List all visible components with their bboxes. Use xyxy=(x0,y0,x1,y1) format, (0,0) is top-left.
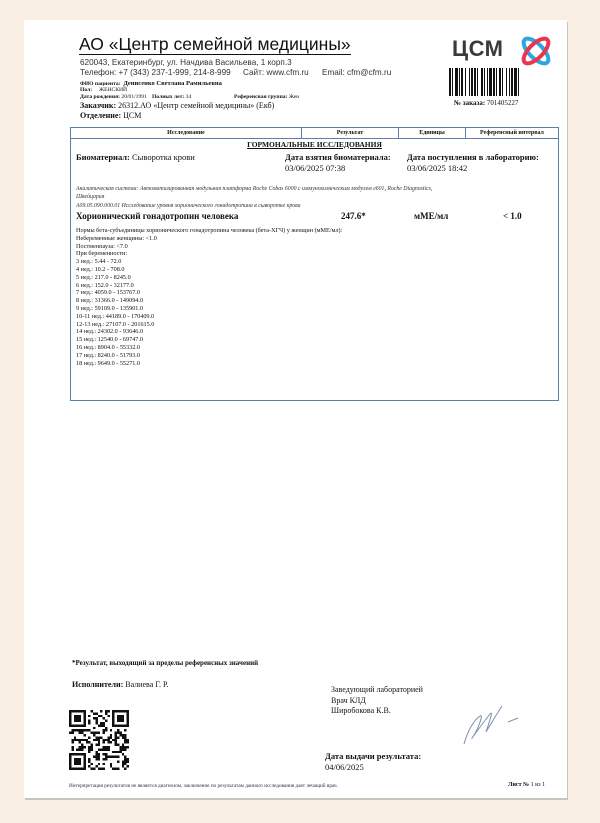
norm-line: 4 нед.: 10.2 - 708.0 xyxy=(76,266,342,274)
performer-line: Исполнители: Валиева Г. Р. xyxy=(72,680,168,689)
norm-line: 17 нед.: 8240.0 - 51793.0 xyxy=(76,352,342,360)
customer-label: Заказчик: xyxy=(80,101,116,110)
norm-line: 6 нед.: 152.0 - 32177.0 xyxy=(76,282,342,290)
result-reference: < 1.0 xyxy=(503,211,522,221)
received-label: Дата поступления в лабораторию: xyxy=(407,152,539,162)
analytic-system-line2: Швейцария xyxy=(76,194,104,200)
norm-line: 9 нед.: 59109.0 - 135901.0 xyxy=(76,305,342,313)
issue-date-label: Дата выдачи результата: xyxy=(325,751,421,761)
organization-email: Email: cfm@cfm.ru xyxy=(322,68,391,77)
patient-dob: 20/01/1991 xyxy=(121,94,146,100)
norm-line: 10-11 нед.: 44189.0 - 170409.0 xyxy=(76,313,342,321)
performer-name: Валиева Г. Р. xyxy=(125,680,168,689)
result-units: мМЕ/мл xyxy=(414,211,448,221)
patient-ref-group-line: Референсная группа: Жен xyxy=(234,94,299,100)
logo-text: ЦСМ xyxy=(452,36,504,62)
norm-line: 3 нед.: 5.44 - 72.0 xyxy=(76,258,342,266)
patient-sex-line: Пол: ЖЕНСКИЙ xyxy=(80,87,127,93)
department-label: Отделение: xyxy=(80,111,121,120)
column-header-result: Результат xyxy=(302,128,399,138)
norm-line: 16 нед.: 8904.0 - 55332.0 xyxy=(76,344,342,352)
column-header-reference: Референсный интервал xyxy=(466,128,558,138)
customer-value: 26312.АО «Центр семейной медицины» (Екб) xyxy=(118,101,274,110)
logo-emblem-icon xyxy=(518,34,554,68)
lab-head-position: Врач КЛД xyxy=(331,696,423,707)
received-value: 03/06/2025 18:42 xyxy=(407,163,467,173)
lab-head-title: Заведующий лабораторией xyxy=(331,685,423,696)
results-table: Исследование Результат Единицы Референсн… xyxy=(70,127,559,401)
column-header-test: Исследование xyxy=(71,128,302,138)
norm-line: 5 нед.: 217.0 - 8245.0 xyxy=(76,274,342,282)
patient-age: 34 xyxy=(186,94,192,100)
patient-sex: ЖЕНСКИЙ xyxy=(99,87,127,93)
norm-line: Постменпауза: <7.0 xyxy=(76,243,342,251)
collected-label: Дата взятия биоматериала: xyxy=(285,152,391,162)
biomaterial-label: Биоматериал: xyxy=(76,152,130,162)
norm-line: 8 нед.: 31366.0 - 149094.0 xyxy=(76,297,342,305)
lab-report-page: АО «Центр семейной медицины» 620043, Ека… xyxy=(24,20,567,798)
order-label: № заказа: xyxy=(454,99,485,107)
norm-line: Небеременные женщины: <1.0 xyxy=(76,235,342,243)
analytic-system-line1: Аналитическая система: Автоматизированна… xyxy=(76,186,432,192)
customer-line: Заказчик: 26312.АО «Центр семейной медиц… xyxy=(80,101,274,110)
signature-image xyxy=(460,700,530,750)
qr-code xyxy=(69,710,129,770)
result-test-name: Хорионический гонадотропин человека xyxy=(76,211,238,221)
patient-age-label: Полных лет: xyxy=(152,94,184,100)
norm-line: 7 нед.: 4059.0 - 153767.0 xyxy=(76,289,342,297)
biomaterial-value: Сыворотка крови xyxy=(132,152,195,162)
norm-line: 14 нед.: 24302.0 - 93646.0 xyxy=(76,328,342,336)
patient-dob-label: Дата рождения: xyxy=(80,94,120,100)
reference-norms-list: Нормы бета-субъединицы хорионического го… xyxy=(76,227,342,367)
order-barcode xyxy=(449,68,549,96)
patient-age-line: Полных лет: 34 xyxy=(152,94,191,100)
patient-ref-group: Жен xyxy=(289,94,299,100)
patient-name: Денисенко Светлана Рамильевна xyxy=(123,80,222,87)
lab-head-name: Широбокова К.В. xyxy=(331,706,423,717)
patient-sex-label: Пол: xyxy=(80,87,92,93)
department-value: ЦСМ xyxy=(123,111,141,120)
test-code-line: A09.05.090.000.01 Исследование уровня хо… xyxy=(76,203,301,209)
norm-line: 18 нед.: 9649.0 - 55271.0 xyxy=(76,360,342,368)
sheet-label: Лист № xyxy=(508,782,529,788)
organization-address: 620043, Екатеринбург, ул. Начдива Василь… xyxy=(80,58,292,67)
issue-date-value: 04/06/2025 xyxy=(325,762,364,772)
biomaterial-line: Биоматериал: Сыворотка крови xyxy=(76,152,195,162)
organization-title: АО «Центр семейной медицины» xyxy=(79,34,351,55)
out-of-range-note: *Результат, выходящий за пределы референ… xyxy=(72,659,258,667)
patient-name-line: ФИО пациента: Денисенко Светлана Рамилье… xyxy=(80,80,222,87)
table-header: Исследование Результат Единицы Референсн… xyxy=(71,128,558,139)
patient-ref-group-label: Референсная группа: xyxy=(234,94,287,100)
patient-dob-line: Дата рождения: 20/01/1991 xyxy=(80,94,147,100)
order-number-line: № заказа: 701405227 xyxy=(454,99,518,107)
sheet-value: 1 из 1 xyxy=(531,782,546,788)
section-title: ГОРМОНАЛЬНЫЕ ИССЛЕДОВАНИЯ xyxy=(71,140,558,149)
norm-line: При беременности: xyxy=(76,250,342,258)
lab-head-block: Заведующий лабораторией Врач КЛД Широбок… xyxy=(331,685,423,717)
disclaimer: Интерпретация результатов не является ди… xyxy=(69,783,338,789)
collected-value: 03/06/2025 07:38 xyxy=(285,163,345,173)
performer-label: Исполнители: xyxy=(72,680,123,689)
order-number: 701405227 xyxy=(487,99,519,107)
norm-line: 12-13 нед.: 27107.0 - 201615.0 xyxy=(76,321,342,329)
norm-line: Нормы бета-субъединицы хорионического го… xyxy=(76,227,342,235)
department-line: Отделение: ЦСМ xyxy=(80,111,141,120)
organization-phone: Телефон: +7 (343) 237-1-999, 214-8-999 xyxy=(80,68,231,77)
result-value: 247.6* xyxy=(341,211,366,221)
norm-line: 15 нед.: 12540.0 - 69747.0 xyxy=(76,336,342,344)
column-header-units: Единицы xyxy=(399,128,466,138)
sheet-number: Лист № 1 из 1 xyxy=(508,782,545,788)
organization-site: Сайт: www.cfm.ru xyxy=(243,68,309,77)
